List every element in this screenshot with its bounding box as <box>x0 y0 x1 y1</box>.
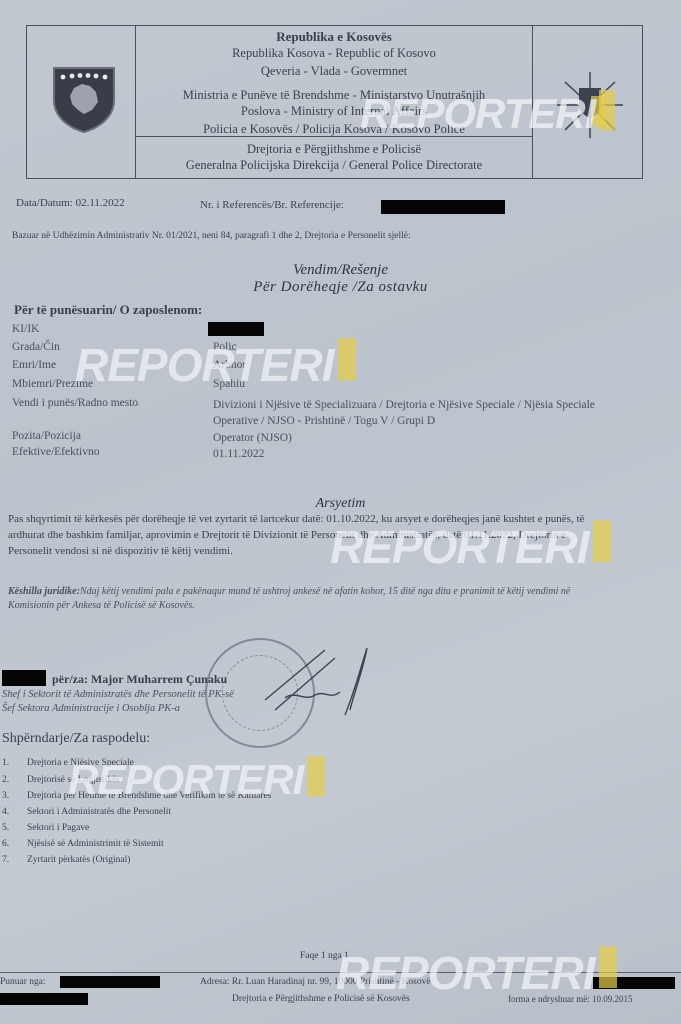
directorate-text: Drejtoria e Përgjithshme e Policisë Gene… <box>136 141 532 173</box>
distribution-item: 1.Drejtoria e Njësive Speciale <box>2 758 134 768</box>
legal-advice-line1: Ndaj këtij vendimi pala e pakënaqur mund… <box>80 586 570 597</box>
police-name: Policia e Kosovës / Policija Kosova / Ko… <box>136 121 532 137</box>
field-value-rank: Polic <box>213 341 237 353</box>
ministry-line1: Ministria e Punëve të Brendshme - Minist… <box>136 87 532 103</box>
directorate-translations: Generalna Policijska Direkcija / General… <box>136 157 532 173</box>
distribution-item: 6.Njësisë së Administrimit të Sistemit <box>2 839 164 849</box>
prepared-by-redacted-2 <box>0 993 88 1005</box>
signatory-title-sr: Šef Sektora Administracije i Osoblja PK-… <box>2 703 180 714</box>
document-date: Data/Datum: 02.11.2022 <box>16 197 125 209</box>
country-name-translations: Republika Kosova - Republic of Kosovo <box>136 45 532 61</box>
field-value-effective: 01.11.2022 <box>213 448 264 460</box>
field-label-rank: Grada/Čin <box>12 341 60 353</box>
field-label-first-name: Emri/Ime <box>12 359 56 371</box>
reference-number-redacted <box>381 200 505 214</box>
government-label: Qeveria - Vlada - Govermnet <box>136 63 532 79</box>
signatory-title-sq: Shef i Sektorit të Administratës dhe Per… <box>2 689 234 700</box>
field-label-workplace: Vendi i punës/Radno mesto <box>12 397 138 409</box>
reasoning-text: Pas shqyrtimit të kërkesës për dorëheqje… <box>8 511 668 559</box>
field-value-workplace-line1: Divizioni i Njësive të Specializuara / D… <box>213 399 595 411</box>
legal-basis: Bazuar në Udhëzimin Administrativ Nr. 01… <box>12 231 411 241</box>
kosovo-police-emblem-icon <box>555 70 625 140</box>
signatory-name: për/za: Major Muharrem Çunaku <box>52 672 227 687</box>
form-revision-note: forma e ndryshuar më: 10.09.2015 <box>508 994 632 1004</box>
reasoning-line1: Pas shqyrtimit të kërkesës për dorëheqje… <box>8 511 668 527</box>
distribution-item: 5.Sektori i Pagave <box>2 823 89 833</box>
kosovo-coat-of-arms-icon <box>50 62 118 134</box>
decision-subtitle: Për Dorëheqje /Za ostavku <box>0 279 681 296</box>
watermark: REPORTERI <box>336 946 617 1000</box>
distribution-heading: Shpërndarje/Za raspodelu: <box>2 731 150 747</box>
distribution-item: 3.Drejtoria për Hetime të Brendshme dhe … <box>2 791 271 801</box>
reasoning-heading: Arsyetim <box>0 495 681 512</box>
distribution-item: 4.Sektori i Administratës dhe Personelit <box>2 807 171 817</box>
country-name: Republika e Kosovës <box>136 29 532 45</box>
legal-advice-label: Këshilla juridike: <box>8 586 80 597</box>
footer-address: Adresa: Rr. Luan Haradinaj nr. 99, 10000… <box>200 977 431 987</box>
reference-label: Nr. i Referencës/Br. Referencije: <box>200 199 344 211</box>
reasoning-line2: ardhurat dhe bashkim familjar, aprovimin… <box>8 527 668 543</box>
field-label-position: Pozita/Pozicija <box>12 430 81 442</box>
field-label-id: KI/IK <box>12 323 39 335</box>
decision-title: Vendim/Rešenje <box>0 262 681 279</box>
field-label-effective: Efektive/Efektivno <box>12 446 100 458</box>
signatory-redacted <box>2 670 46 686</box>
ministry-line2: Poslova - Ministry of Internal Affairs <box>136 103 532 119</box>
field-value-workplace-line2: Operative / NJSO - Prishtinë / Togu V / … <box>213 415 435 427</box>
handwritten-signature-icon <box>255 640 375 730</box>
employee-heading: Për të punësuarin/ O zaposlenom: <box>14 302 202 318</box>
footer-redacted-right <box>593 977 675 989</box>
field-value-first-name: Arbnor <box>213 359 246 371</box>
personal-id-redacted <box>208 322 264 336</box>
footer-divider <box>0 972 681 973</box>
reasoning-line3: Personelit vendosi si në dispozitiv të k… <box>8 543 668 559</box>
field-value-position: Operator (NJSO) <box>213 432 292 444</box>
directorate-name: Drejtoria e Përgjithshme e Policisë <box>136 141 532 157</box>
footer-directorate: Drejtoria e Përgjithshme e Policisë së K… <box>232 994 410 1004</box>
prepared-by-label: Punuar nga: <box>0 977 46 987</box>
field-value-last-name: Spahiu <box>213 378 245 390</box>
legal-advice: Këshilla juridike:Ndaj këtij vendimi pal… <box>8 585 668 613</box>
distribution-item: 2.Drejtorisë së Logjistikës <box>2 775 120 785</box>
distribution-item: 7.Zyrtarit përkatës (Original) <box>2 855 130 865</box>
prepared-by-redacted <box>60 976 160 988</box>
page-number: Faqe 1 nga 1 <box>300 951 349 961</box>
legal-advice-line2: Komisionin për Ankesa të Policisë së Kos… <box>8 599 668 613</box>
field-label-last-name: Mbiemri/Prezime <box>12 378 93 390</box>
letterhead-text: Republika e Kosovës Republika Kosova - R… <box>136 29 532 137</box>
